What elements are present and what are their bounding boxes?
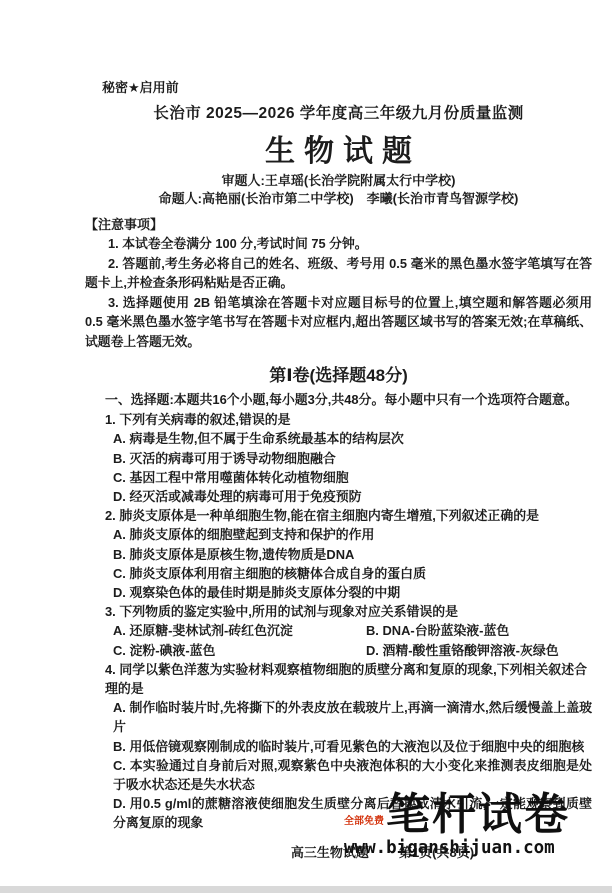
notice-item-2: 2. 答题前,考生务必将自己的姓名、班级、考号用 0.5 毫米的黑色墨水签字笔填…: [85, 254, 592, 293]
watermark-free-tag: 全部免费: [344, 817, 384, 827]
question-1-options: A. 病毒是生物,但不属于生命系统最基本的结构层次 B. 灭活的病毒可用于诱导动…: [113, 429, 592, 506]
reviewer-line: 审题人:王卓瑶(长治学院附属太行中学校): [85, 173, 592, 189]
option-d: D. 经灭活或减毒处理的病毒可用于免疫预防: [113, 487, 592, 506]
page-content: 秘密★启用前 长治市 2025—2026 学年度高三年级九月份质量监测 生物试题…: [85, 0, 592, 861]
question-1-stem: 1. 下列有关病毒的叙述,错误的是: [105, 410, 592, 429]
option-d: D. 酒精-酸性重铬酸钾溶液-灰绿色: [366, 641, 592, 660]
watermark-brand: 笔杆试卷: [386, 795, 570, 835]
option-b: B. 用低倍镜观察刚制成的临时装片,可看见紫色的大液泡以及位于细胞中央的细胞核: [113, 737, 592, 756]
question-3-stem: 3. 下列物质的鉴定实验中,所用的试剂与现象对应关系错误的是: [105, 602, 592, 621]
option-c: C. 本实验通过自身前后对照,观察紫色中央液泡体积的大小变化来推测表皮细胞是处于…: [113, 756, 592, 794]
subject-title: 生物试题: [94, 126, 592, 170]
question-2-options: A. 肺炎支原体的细胞壁起到支持和保护的作用 B. 肺炎支原体是原核生物,遗传物…: [113, 525, 592, 602]
notice-item-3: 3. 选择题使用 2B 铅笔填涂在答题卡对应题目标号的位置上,填空题和解答题必须…: [85, 293, 592, 352]
section-intro: 一、选择题:本题共16个小题,每小题3分,共48分。每小题中只有一个选项符合题意…: [105, 390, 592, 409]
question-2-stem: 2. 肺炎支原体是一种单细胞生物,能在宿主细胞内寄生增殖,下列叙述正确的是: [105, 506, 592, 525]
notice-heading: 【注意事项】: [85, 215, 592, 234]
option-a: A. 病毒是生物,但不属于生命系统最基本的结构层次: [113, 429, 592, 448]
question-4-stem: 4. 同学以紫色洋葱为实验材料观察植物细胞的质壁分离和复原的现象,下列相关叙述合…: [105, 660, 592, 698]
exam-paper-page: 秘密★启用前 长治市 2025—2026 学年度高三年级九月份质量监测 生物试题…: [0, 0, 612, 893]
option-c: C. 淀粉-碘液-蓝色: [113, 641, 366, 660]
option-b: B. 肺炎支原体是原核生物,遗传物质是DNA: [113, 545, 592, 564]
option-a: A. 制作临时装片时,先将撕下的外表皮放在载玻片上,再滴一滴清水,然后缓慢盖上盖…: [113, 698, 592, 736]
option-b: B. DNA-台盼蓝染液-蓝色: [366, 621, 592, 640]
question-3-options: A. 还原糖-斐林试剂-砖红色沉淀 B. DNA-台盼蓝染液-蓝色 C. 淀粉-…: [113, 621, 592, 659]
watermark: 全部免费 笔杆试卷 www.biganshijuan.com: [344, 795, 570, 858]
question-1: 1. 下列有关病毒的叙述,错误的是 A. 病毒是生物,但不属于生命系统最基本的结…: [85, 410, 592, 506]
setter-line: 命题人:高艳丽(长治市第二中学校) 李曦(长治市青鸟智源学校): [85, 191, 592, 207]
section-title: 第Ⅰ卷(选择题48分): [85, 361, 592, 386]
exam-title: 长治市 2025—2026 学年度高三年级九月份质量监测: [85, 101, 592, 123]
scan-edge-bar: [0, 886, 612, 893]
option-d: D. 观察染色体的最佳时期是肺炎支原体分裂的中期: [113, 583, 592, 602]
classification-label: 秘密★启用前: [102, 0, 592, 96]
notice-item-1: 1. 本试卷全卷满分 100 分,考试时间 75 分钟。: [85, 234, 592, 254]
watermark-brand-row: 全部免费 笔杆试卷: [344, 795, 570, 835]
option-a: A. 还原糖-斐林试剂-砖红色沉淀: [113, 621, 366, 640]
option-c: C. 肺炎支原体利用宿主细胞的核糖体合成自身的蛋白质: [113, 564, 592, 583]
watermark-url: www.biganshijuan.com: [344, 838, 570, 858]
question-3: 3. 下列物质的鉴定实验中,所用的试剂与现象对应关系错误的是 A. 还原糖-斐林…: [85, 602, 592, 660]
question-2: 2. 肺炎支原体是一种单细胞生物,能在宿主细胞内寄生增殖,下列叙述正确的是 A.…: [85, 506, 592, 602]
option-b: B. 灭活的病毒可用于诱导动物细胞融合: [113, 449, 592, 468]
option-a: A. 肺炎支原体的细胞壁起到支持和保护的作用: [113, 525, 592, 544]
option-c: C. 基因工程中常用噬菌体转化动植物细胞: [113, 468, 592, 487]
